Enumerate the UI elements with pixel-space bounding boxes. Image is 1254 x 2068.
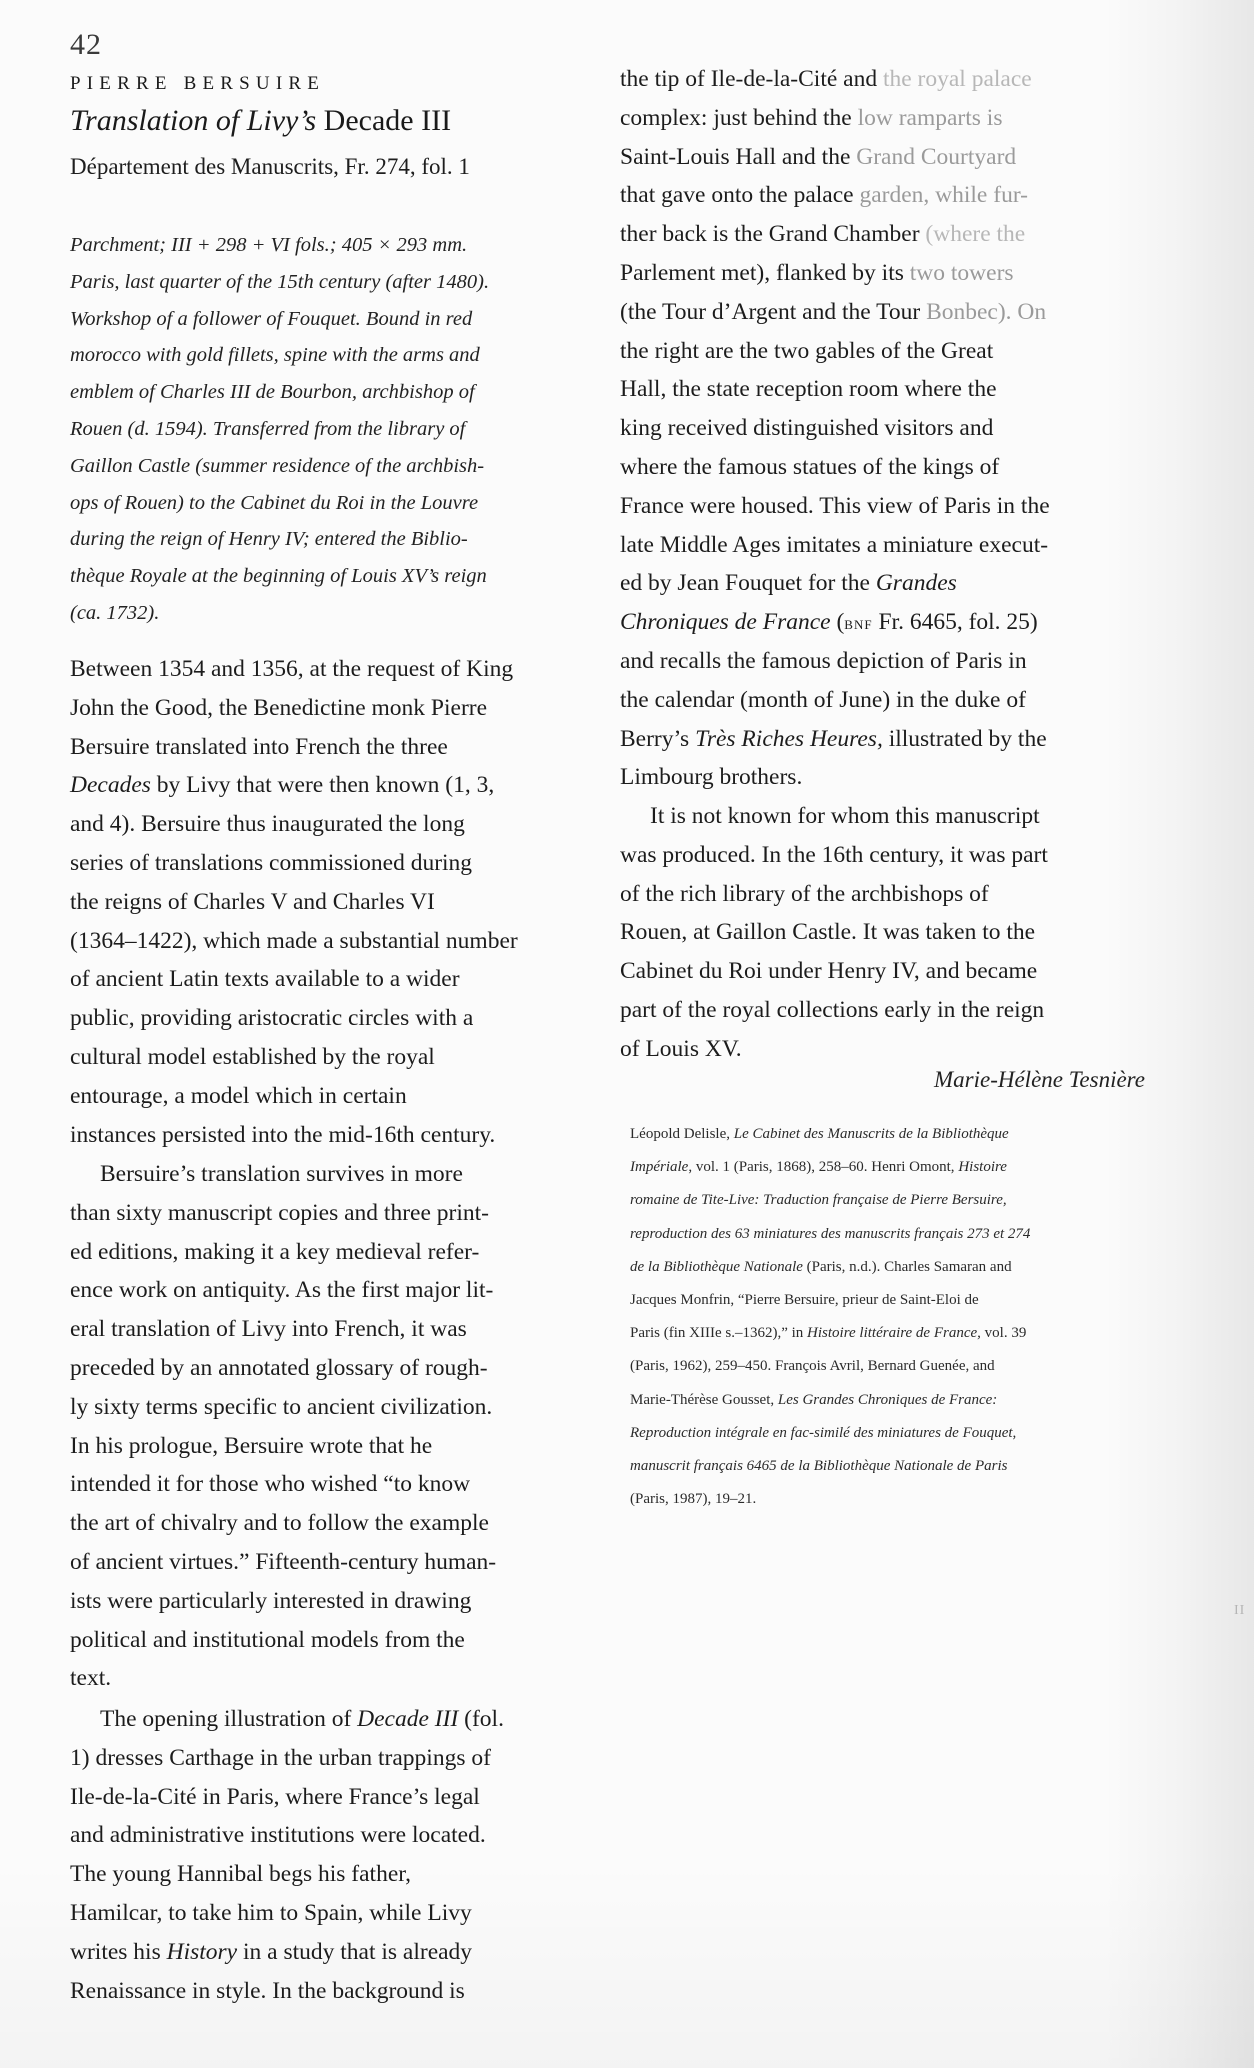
entry-author: PIERRE BERSUIRE xyxy=(70,73,325,95)
body-line: France were housed. This view of Paris i… xyxy=(620,487,1155,526)
body-line: political and institutional models from … xyxy=(70,1621,605,1660)
body-line: of ancient Latin texts available to a wi… xyxy=(70,960,605,999)
body-line: Hall, the state reception room where the xyxy=(620,370,1155,409)
body-line: (the Tour d’Argent and the Tour Bonbec).… xyxy=(620,293,1155,332)
body-paragraph-1: Between 1354 and 1356, at the request of… xyxy=(70,650,605,1154)
body-line: of ancient virtues.” Fifteenth-century h… xyxy=(70,1543,605,1582)
body-line: Ile-de-la-Cité in Paris, where France’s … xyxy=(70,1778,605,1817)
faded-text: Bonbec). On xyxy=(926,299,1046,325)
faded-text: Grand Courtyard xyxy=(856,144,1016,170)
body-line: ists were particularly interested in dra… xyxy=(70,1582,605,1621)
body-line: In his prologue, Bersuire wrote that he xyxy=(70,1427,605,1466)
page-edge-mark: II xyxy=(1234,1603,1245,1619)
body-text: Fr. 6465, fol. 25) xyxy=(873,609,1038,635)
catalog-line: thèque Royale at the beginning of Louis … xyxy=(70,558,600,595)
bib-title: manuscrit français 6465 de la Bibliothèq… xyxy=(630,1458,1007,1474)
body-line: It is not known for whom this manuscript xyxy=(620,797,1155,836)
body-text: by Livy that were then known (1, 3, xyxy=(151,772,494,798)
body-line: Cabinet du Roi under Henry IV, and becam… xyxy=(620,952,1155,991)
bib-text: , vol. 1 (Paris, 1868), 258–60. Henri Om… xyxy=(688,1159,958,1175)
catalog-line: emblem of Charles III de Bourbon, archbi… xyxy=(70,374,600,411)
entry-title: Translation of Livy’s Decade III xyxy=(70,104,451,138)
body-line: Parlement met), flanked by its two tower… xyxy=(620,254,1155,293)
body-line: The young Hannibal begs his father, xyxy=(70,1855,605,1894)
catalog-line: Rouen (d. 1594). Transferred from the li… xyxy=(70,411,600,448)
body-line: cultural model established by the royal xyxy=(70,1038,605,1077)
body-line: the tip of Ile-de-la-Cité and the royal … xyxy=(620,60,1155,99)
body-text: that gave onto the palace xyxy=(620,182,859,208)
bibliography-line: romaine de Tite-Live: Traduction françai… xyxy=(630,1184,1150,1217)
body-line: Bersuire’s translation survives in more xyxy=(70,1155,605,1194)
body-line: complex: just behind the low ramparts is xyxy=(620,99,1155,138)
body-text: illustrated by the xyxy=(883,726,1047,752)
body-line: Chroniques de France (BNF Fr. 6465, fol.… xyxy=(620,603,1155,642)
body-line: Decades by Livy that were then known (1,… xyxy=(70,766,605,805)
body-text: ed by Jean Fouquet for the xyxy=(620,570,876,596)
bib-title: Histoire xyxy=(958,1159,1007,1175)
page-number: 42 xyxy=(70,28,102,62)
bibliography-line: Paris (fin XIIIe s.–1362),” in Histoire … xyxy=(630,1317,1150,1350)
body-paragraph-3: The opening illustration of Decade III (… xyxy=(70,1700,605,2010)
italic-tres-riches-heures: Très Riches Heures, xyxy=(695,726,883,752)
body-line: eral translation of Livy into French, it… xyxy=(70,1310,605,1349)
catalog-line: Workshop of a follower of Fouquet. Bound… xyxy=(70,301,600,338)
body-line: of Louis XV. xyxy=(620,1030,1155,1069)
body-line: (1364–1422), which made a substantial nu… xyxy=(70,922,605,961)
body-line: Rouen, at Gaillon Castle. It was taken t… xyxy=(620,913,1155,952)
body-line: that gave onto the palace garden, while … xyxy=(620,176,1155,215)
catalog-line: Paris, last quarter of the 15th century … xyxy=(70,264,600,301)
body-line: ly sixty terms specific to ancient civil… xyxy=(70,1388,605,1427)
catalog-description: Parchment; III + 298 + VI fols.; 405 × 2… xyxy=(70,227,600,632)
bibliography-line: Léopold Delisle, Le Cabinet des Manuscri… xyxy=(630,1118,1150,1151)
bibliography-line: manuscrit français 6465 de la Bibliothèq… xyxy=(630,1450,1150,1483)
bib-text: vol. 39 xyxy=(981,1325,1026,1341)
body-line: and 4). Bersuire thus inaugurated the lo… xyxy=(70,805,605,844)
body-line: Limbourg brothers. xyxy=(620,758,1155,797)
body-line: ed by Jean Fouquet for the Grandes xyxy=(620,564,1155,603)
body-text: Berry’s xyxy=(620,726,695,752)
body-line: the reigns of Charles V and Charles VI xyxy=(70,883,605,922)
body-line: writes his History in a study that is al… xyxy=(70,1933,605,1972)
bibliography: Léopold Delisle, Le Cabinet des Manuscri… xyxy=(630,1118,1150,1516)
body-text: (the Tour d’Argent and the Tour xyxy=(620,299,926,325)
italic-grandes: Grandes xyxy=(876,570,957,596)
bib-text: Paris (fin XIIIe s.–1362),” in xyxy=(630,1325,807,1341)
body-text: writes his xyxy=(70,1939,167,1965)
bibliography-line: Impériale, vol. 1 (Paris, 1868), 258–60.… xyxy=(630,1151,1150,1184)
bibliography-line: Marie-Thérèse Gousset, Les Grandes Chron… xyxy=(630,1384,1150,1417)
body-line: Saint-Louis Hall and the Grand Courtyard xyxy=(620,138,1155,177)
catalog-line: Parchment; III + 298 + VI fols.; 405 × 2… xyxy=(70,227,600,264)
body-line: John the Good, the Benedictine monk Pier… xyxy=(70,689,605,728)
italic-decades: Decades xyxy=(70,772,151,798)
body-line: public, providing aristocratic circles w… xyxy=(70,999,605,1038)
faded-text: the royal palace xyxy=(883,66,1032,92)
body-line: series of translations commissioned duri… xyxy=(70,844,605,883)
bib-title: Les Grandes Chroniques de France: xyxy=(778,1392,997,1408)
entry-title-italic: Translation of Livy’s xyxy=(70,104,316,137)
bibliography-line: Reproduction intégrale en fac-similé des… xyxy=(630,1417,1150,1450)
entry-title-roman: Decade III xyxy=(316,104,451,137)
body-line: the right are the two gables of the Grea… xyxy=(620,332,1155,371)
bib-text: Léopold Delisle, xyxy=(630,1126,734,1142)
body-text: Saint-Louis Hall and the xyxy=(620,144,856,170)
catalog-line: during the reign of Henry IV; entered th… xyxy=(70,521,600,558)
body-line: entourage, a model which in certain xyxy=(70,1077,605,1116)
bib-title: romaine de Tite-Live: Traduction françai… xyxy=(630,1192,1007,1208)
author-signature: Marie-Hélène Tesnière xyxy=(934,1067,1145,1093)
body-line: than sixty manuscript copies and three p… xyxy=(70,1194,605,1233)
bib-title: Le Cabinet des Manuscrits de la Biblioth… xyxy=(734,1126,1009,1142)
body-line: ther back is the Grand Chamber (where th… xyxy=(620,215,1155,254)
catalog-line: morocco with gold fillets, spine with th… xyxy=(70,337,600,374)
body-line: was produced. In the 16th century, it wa… xyxy=(620,836,1155,875)
body-line: Hamilcar, to take him to Spain, while Li… xyxy=(70,1894,605,1933)
body-text: the tip of Ile-de-la-Cité and xyxy=(620,66,883,92)
bibliography-line: (Paris, 1962), 259–450. François Avril, … xyxy=(630,1350,1150,1383)
faded-text: two towers xyxy=(910,260,1014,286)
body-line: ence work on antiquity. As the first maj… xyxy=(70,1271,605,1310)
body-paragraph-2: Bersuire’s translation survives in more … xyxy=(70,1155,605,1698)
bib-text: Marie-Thérèse Gousset, xyxy=(630,1392,778,1408)
faded-text: (where the xyxy=(925,221,1025,247)
italic-decade-iii: Decade III xyxy=(357,1706,458,1732)
bib-title: Histoire littéraire de France, xyxy=(807,1325,981,1341)
body-line: the calendar (month of June) in the duke… xyxy=(620,681,1155,720)
body-text: complex: just behind the xyxy=(620,105,858,131)
body-line: Between 1354 and 1356, at the request of… xyxy=(70,650,605,689)
body-line: and administrative institutions were loc… xyxy=(70,1816,605,1855)
body-paragraph-4: It is not known for whom this manuscript… xyxy=(620,797,1155,1069)
body-line: text. xyxy=(70,1659,605,1698)
bibliography-line: (Paris, 1987), 19–21. xyxy=(630,1483,1150,1516)
body-line: of the rich library of the archbishops o… xyxy=(620,875,1155,914)
body-text: ther back is the Grand Chamber xyxy=(620,221,925,247)
body-line: Renaissance in style. In the background … xyxy=(70,1972,605,2011)
bib-title: Reproduction intégrale en fac-similé des… xyxy=(630,1425,1016,1441)
body-text: The opening illustration of xyxy=(100,1706,357,1732)
body-line: part of the royal collections early in t… xyxy=(620,991,1155,1030)
body-line: king received distinguished visitors and xyxy=(620,409,1155,448)
italic-chroniques: Chroniques de France xyxy=(620,609,831,635)
bib-text: (Paris, n.d.). Charles Samaran and xyxy=(803,1259,1012,1275)
body-line: 1) dresses Carthage in the urban trappin… xyxy=(70,1739,605,1778)
bibliography-line: reproduction des 63 miniatures des manus… xyxy=(630,1218,1150,1251)
faded-text: low ramparts is xyxy=(858,105,1003,131)
body-line: The opening illustration of Decade III (… xyxy=(70,1700,605,1739)
body-text: in a study that is already xyxy=(237,1939,472,1965)
body-paragraph-3-continued: the tip of Ile-de-la-Cité and the royal … xyxy=(620,60,1155,797)
body-line: late Middle Ages imitates a miniature ex… xyxy=(620,526,1155,565)
catalog-line: ops of Rouen) to the Cabinet du Roi in t… xyxy=(70,485,600,522)
body-text: (fol. xyxy=(458,1706,504,1732)
body-line: where the famous statues of the kings of xyxy=(620,448,1155,487)
body-line: the art of chivalry and to follow the ex… xyxy=(70,1504,605,1543)
bibliography-line: Jacques Monfrin, “Pierre Bersuire, prieu… xyxy=(630,1284,1150,1317)
bib-title: Impériale xyxy=(630,1159,688,1175)
body-text: Parlement met), flanked by its xyxy=(620,260,910,286)
bib-title: reproduction des 63 miniatures des manus… xyxy=(630,1226,1030,1242)
entry-shelfmark: Département des Manuscrits, Fr. 274, fol… xyxy=(70,154,470,180)
body-line: preceded by an annotated glossary of rou… xyxy=(70,1349,605,1388)
italic-history: History xyxy=(167,1939,238,1965)
small-caps-bnf: BNF xyxy=(844,613,872,634)
catalog-line: Gaillon Castle (summer residence of the … xyxy=(70,448,600,485)
body-line: intended it for those who wished “to kno… xyxy=(70,1465,605,1504)
faded-text: garden, while fur- xyxy=(859,182,1028,208)
body-line: Bersuire translated into French the thre… xyxy=(70,728,605,767)
body-line: instances persisted into the mid-16th ce… xyxy=(70,1116,605,1155)
catalog-line: (ca. 1732). xyxy=(70,595,600,632)
body-text: ( xyxy=(831,609,845,635)
body-line: Berry’s Très Riches Heures, illustrated … xyxy=(620,720,1155,759)
body-line: and recalls the famous depiction of Pari… xyxy=(620,642,1155,681)
bibliography-line: de la Bibliothèque Nationale (Paris, n.d… xyxy=(630,1251,1150,1284)
bib-title: de la Bibliothèque Nationale xyxy=(630,1259,803,1275)
body-line: ed editions, making it a key medieval re… xyxy=(70,1233,605,1272)
